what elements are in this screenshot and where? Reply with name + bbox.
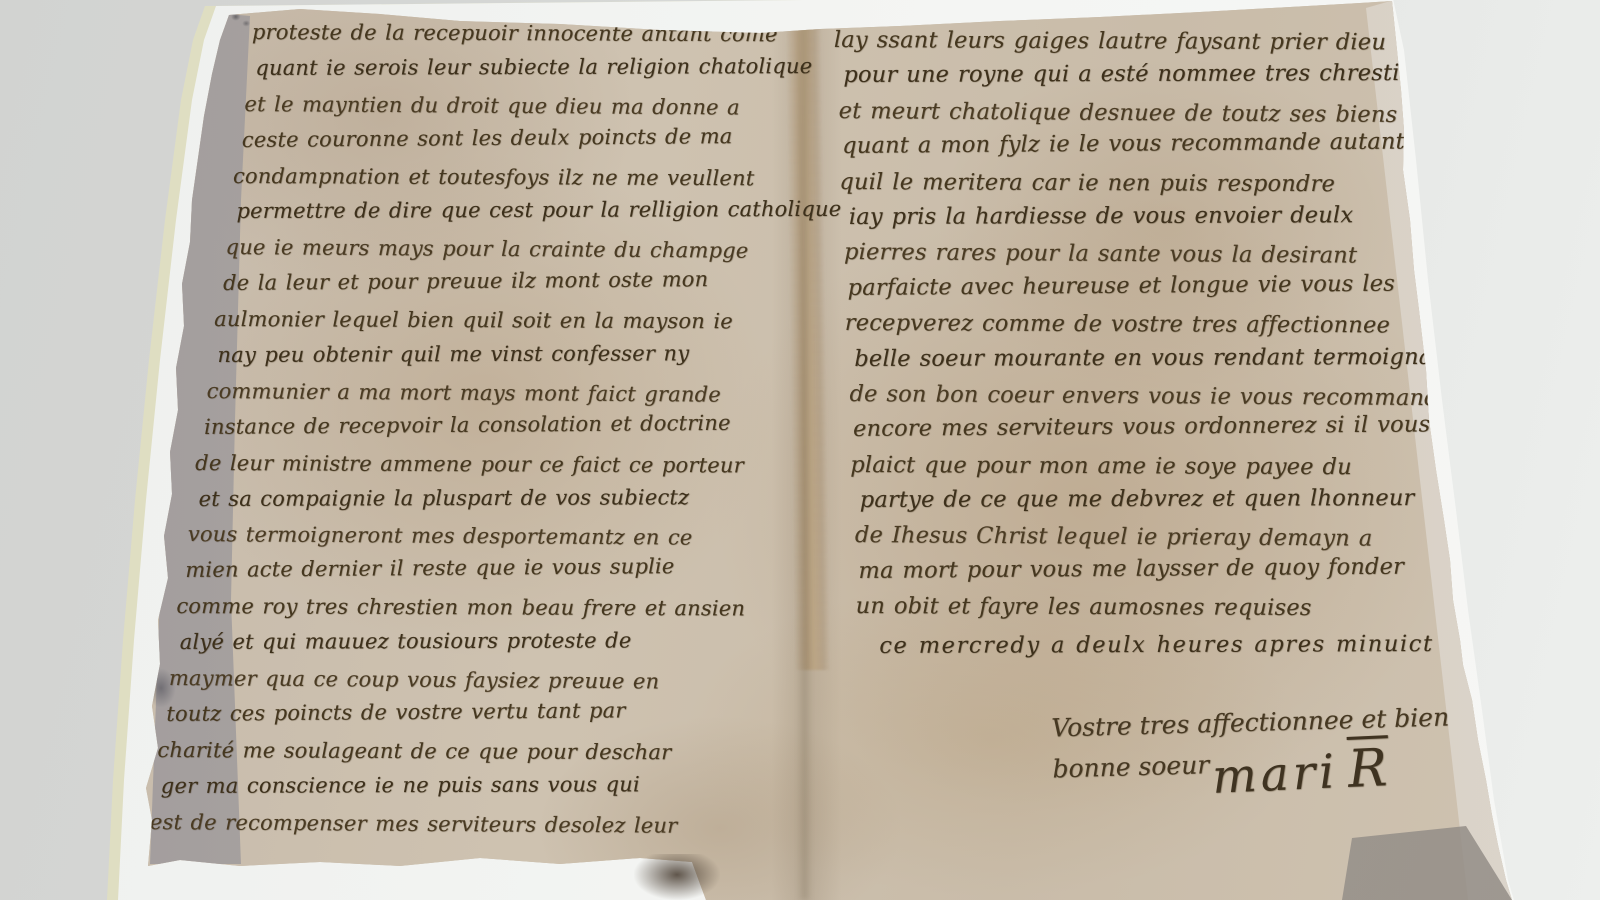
handwritten-line: charité me soulageant de ce que pour des… <box>157 738 770 777</box>
handwritten-line: plaict que pour mon ame ie soye payee du <box>850 452 1471 490</box>
letter-photograph: proteste de la recepuoir innocente antan… <box>0 0 1600 900</box>
handwritten-line: comme roy tres chrestien mon beau frere … <box>176 594 789 633</box>
handwritten-line: toutz ces poincts de vostre vertu tant p… <box>162 697 775 738</box>
handwritten-line: et sa compaignie la pluspart de vos subi… <box>191 484 804 522</box>
handwritten-line: quil le meritera car ie nen puis respond… <box>839 169 1460 207</box>
handwritten-line: ceste couronne sont les deulx poincts de… <box>238 123 851 164</box>
handwritten-line: ma mort pour vous me laysser de quoy fon… <box>854 553 1475 593</box>
letter-paper: proteste de la recepuoir innocente antan… <box>0 0 1600 900</box>
handwritten-line: recepverez comme de vostre tres affectio… <box>845 310 1466 348</box>
handwritten-line: de la leur et pour preuue ilz mont oste … <box>219 266 832 307</box>
handwritten-line: belle soeur mourante en vous rendant ter… <box>846 343 1467 381</box>
letter-page-right: lay ssant leurs gaiges lautre faysant pr… <box>834 27 1479 668</box>
handwritten-line: quant a mon fylz ie le vous recommande a… <box>838 128 1459 168</box>
handwritten-line: pour une royne qui a esté nommee tres ch… <box>835 60 1456 98</box>
royal-signature: mariR <box>1211 738 1391 806</box>
shadow-smudge <box>634 854 720 900</box>
handwritten-line: instance de recepvoir la consolation et … <box>200 410 813 451</box>
handwritten-line: est de recompenser mes serviteurs desole… <box>148 810 761 850</box>
handwritten-line: un obit et fayre les aumosnes requises <box>856 593 1477 631</box>
handwritten-line: partye de ce que me debvrez et quen lhon… <box>852 485 1473 523</box>
handwritten-line: parfaicte avec heureuse et longue vie vo… <box>844 270 1465 310</box>
handwritten-line: encore mes serviteurs vous ordonnerez si… <box>849 411 1470 451</box>
handwritten-line: alyé et qui mauuez tousiours proteste de <box>172 628 785 666</box>
handwritten-line: quant ie serois leur subiecte la religio… <box>247 54 860 92</box>
signature-name: mari <box>1211 744 1339 804</box>
letter-page-left: proteste de la recepuoir innocente antan… <box>143 20 865 845</box>
handwritten-line: nay peu obtenir quil me vinst confesser … <box>209 341 822 379</box>
handwritten-line: permettre de dire que cest pour la relli… <box>228 197 841 235</box>
handwritten-line: mien acte dernier il reste que ie vous s… <box>181 554 794 595</box>
signature-regnal-initial: R <box>1347 738 1391 800</box>
handwritten-line: de leur ministre ammene pour ce faict ce… <box>195 451 808 490</box>
handwritten-line: aulmonier lequel bien quil soit en la ma… <box>214 307 827 346</box>
handwritten-line: ce mercredy a deulx heures apres minuict <box>857 630 1478 668</box>
handwritten-line: iay pris la hardiesse de vous envoier de… <box>841 202 1462 240</box>
handwritten-line: ger ma conscience ie ne puis sans vous q… <box>153 772 766 810</box>
